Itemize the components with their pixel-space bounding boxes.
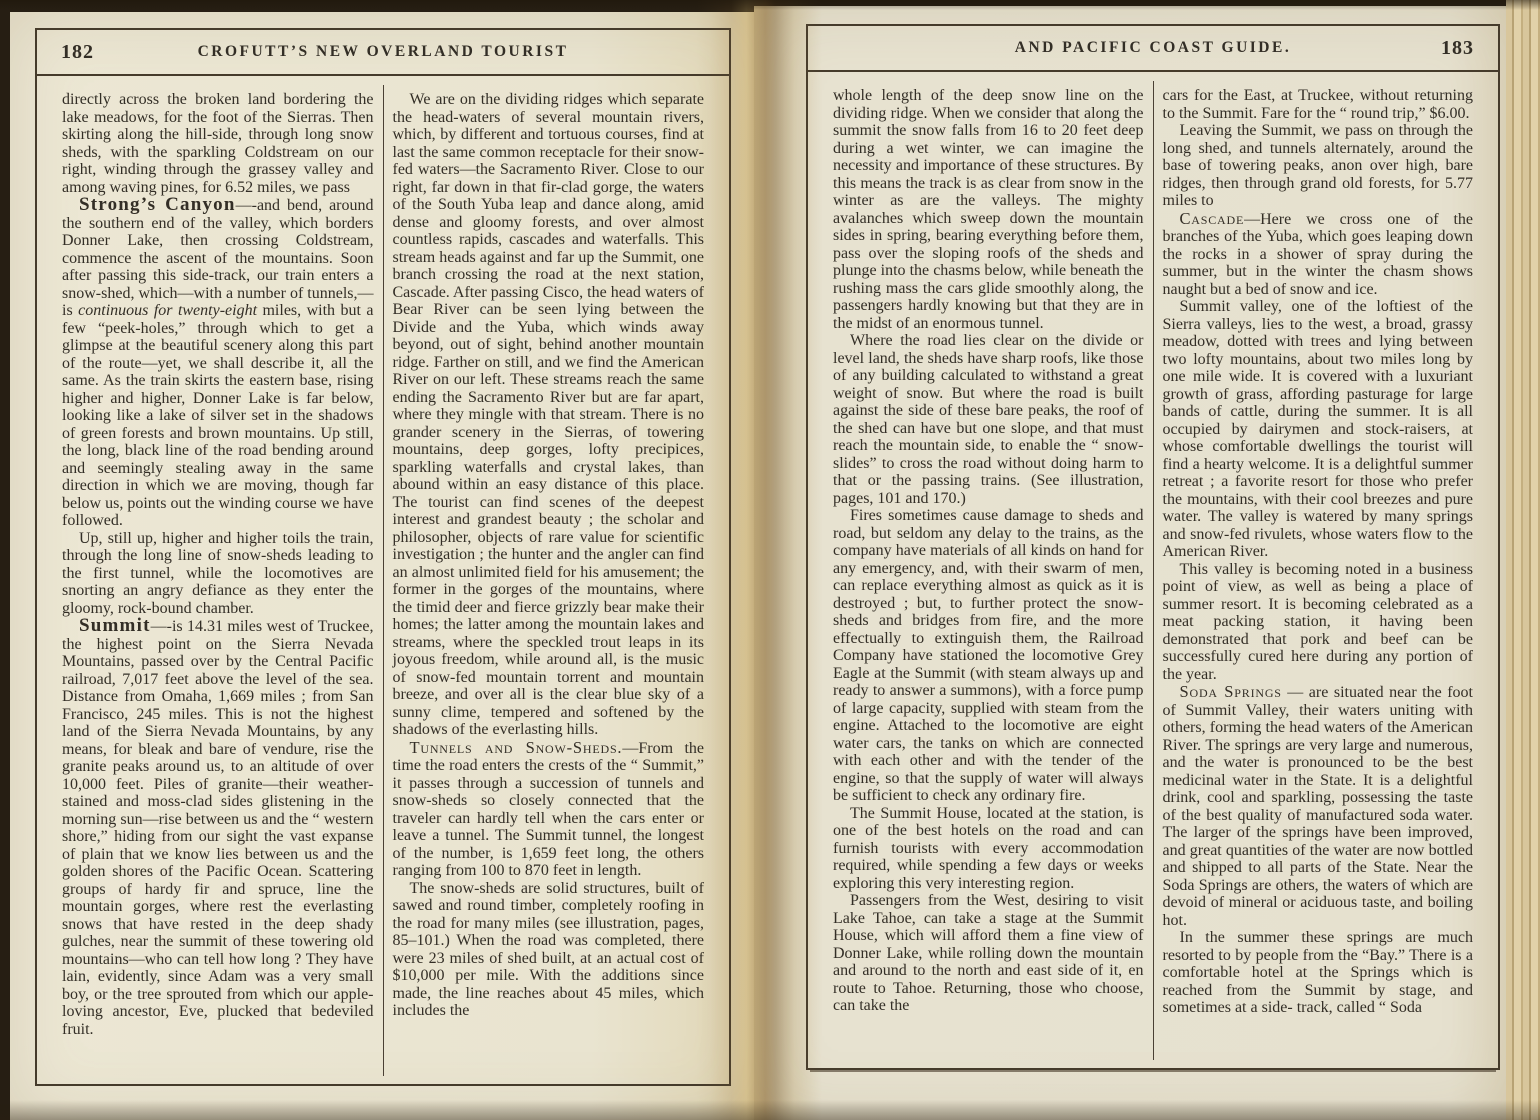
paragraph: Summit—-is 14.31 miles west of Truckee, … <box>62 617 374 1038</box>
paragraph: directly across the broken land borderin… <box>62 91 374 196</box>
paragraph-lead: Summit <box>79 615 151 636</box>
paragraph: Where the road lies clear on the divide … <box>833 332 1144 507</box>
paragraph: Summit valley, one of the loftiest of th… <box>1163 298 1474 561</box>
paragraph: In the summer these springs are much res… <box>1163 929 1474 1017</box>
paragraph: Strong’s Canyon—-and bend, around the so… <box>62 196 374 530</box>
paragraph: The Summit House, located at the station… <box>833 805 1144 893</box>
left-page-columns: directly across the broken land borderin… <box>53 85 713 1076</box>
paragraph: Cascade—Here we cross one of the branche… <box>1163 210 1474 299</box>
paragraph: Up, still up, higher and higher toils th… <box>62 530 374 618</box>
paragraph: This valley is becoming noted in a busin… <box>1163 561 1474 684</box>
paragraph: whole length of the deep snow line on th… <box>833 87 1144 332</box>
paragraph: Leaving the Summit, we pass on through t… <box>1163 122 1474 210</box>
right-page-frame: AND PACIFIC COAST GUIDE. 183 whole lengt… <box>806 24 1500 1070</box>
paragraph-lead: Strong’s Canyon <box>79 194 236 215</box>
paragraph-lead: Cascade <box>1180 209 1245 228</box>
right-page-header: AND PACIFIC COAST GUIDE. 183 <box>808 26 1498 72</box>
left-page-header: 182 CROFUTT’S NEW OVERLAND TOURIST <box>37 30 729 76</box>
paragraph: Tunnels and Snow-Sheds.—From the time th… <box>393 739 705 880</box>
paragraph: Soda Springs — are situated near the foo… <box>1163 683 1474 929</box>
running-title: AND PACIFIC COAST GUIDE. <box>808 39 1498 57</box>
running-title: CROFUTT’S NEW OVERLAND TOURIST <box>37 43 729 61</box>
paragraph-lead: Soda Springs <box>1180 682 1282 701</box>
left-page-frame: 182 CROFUTT’S NEW OVERLAND TOURIST direc… <box>35 28 731 1086</box>
paragraph: cars for the East, at Truckee, without r… <box>1163 87 1474 122</box>
text-column: We are on the dividing ridges which sepa… <box>383 85 714 1076</box>
page-stack-edge <box>1506 0 1540 1120</box>
text-column: directly across the broken land borderin… <box>53 85 383 1076</box>
paragraph-lead: Tunnels and Snow-Sheds. <box>410 738 623 757</box>
text-column: whole length of the deep snow line on th… <box>824 81 1153 1060</box>
paragraph: Fires sometimes cause damage to sheds an… <box>833 507 1144 805</box>
paragraph: The snow-sheds are solid structures, bui… <box>393 880 705 1020</box>
paragraph: Passengers from the West, desiring to vi… <box>833 892 1144 1015</box>
text-column: cars for the East, at Truckee, without r… <box>1153 81 1483 1060</box>
right-page-columns: whole length of the deep snow line on th… <box>824 81 1482 1060</box>
book-spread: { "colors": { "page": "#e9e4d0", "ink": … <box>0 0 1540 1120</box>
paragraph: We are on the dividing ridges which sepa… <box>393 91 705 739</box>
